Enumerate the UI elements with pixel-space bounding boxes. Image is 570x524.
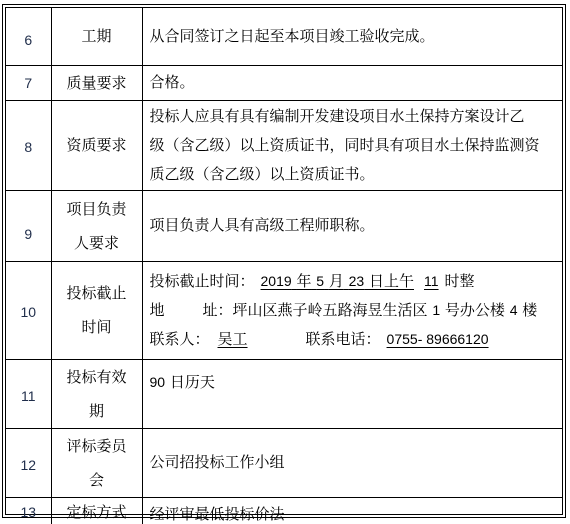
row-label: 投标有效期 bbox=[51, 359, 142, 428]
deadline-label: 投标截止时间： bbox=[150, 272, 255, 290]
row-label: 工期 bbox=[51, 8, 142, 65]
row-number: 6 bbox=[6, 8, 51, 65]
row-label-text: 工期 bbox=[61, 19, 133, 53]
table-row: 13 定标方式 经评审最低投标价法 bbox=[6, 497, 562, 524]
address-value-c: 楼 bbox=[522, 301, 537, 319]
tender-info-table: 6 工期 从合同签订之日起至本项目竣工验收完成。 7 质量要求 合格。 8 资质… bbox=[6, 8, 562, 524]
address-line: 地址：坪山区燕子岭五路海昱生活区 1 号办公楼 4 楼 bbox=[150, 296, 559, 325]
address-floor-num: 4 bbox=[510, 302, 518, 318]
row-label: 评标委员会 bbox=[51, 428, 142, 497]
deadline-month: 5 bbox=[316, 273, 324, 289]
row-number: 10 bbox=[6, 261, 51, 359]
contact-phone-value: 0755- 89666120 bbox=[381, 330, 495, 348]
validity-days: 90 bbox=[150, 374, 166, 390]
deadline-suffix: 时整 bbox=[445, 272, 475, 290]
row-label-text: 资质要求 bbox=[61, 128, 133, 162]
table-outer-border: 6 工期 从合同签订之日起至本项目竣工验收完成。 7 质量要求 合格。 8 资质… bbox=[2, 4, 566, 518]
table-row: 7 质量要求 合格。 bbox=[6, 65, 562, 100]
row-content: 经评审最低投标价法 bbox=[142, 497, 562, 524]
row-label-text: 质量要求 bbox=[61, 66, 133, 100]
validity-unit: 日历天 bbox=[170, 373, 215, 391]
address-label-a: 地 bbox=[150, 301, 165, 319]
contact-person-label: 联系人： bbox=[150, 330, 210, 348]
address-label-b: 址： bbox=[203, 301, 233, 319]
row-content: 90 日历天 bbox=[142, 359, 562, 428]
row-number: 11 bbox=[6, 359, 51, 428]
row-label: 资质要求 bbox=[51, 100, 142, 190]
deadline-year: 2019 bbox=[261, 273, 292, 289]
table-inner-border: 6 工期 从合同签订之日起至本项目竣工验收完成。 7 质量要求 合格。 8 资质… bbox=[5, 7, 563, 515]
row-number: 9 bbox=[6, 190, 51, 261]
row-content: 从合同签订之日起至本项目竣工验收完成。 bbox=[142, 8, 562, 65]
row-content: 合格。 bbox=[142, 65, 562, 100]
row-number: 8 bbox=[6, 100, 51, 190]
row-label-text: 项目负责人要求 bbox=[61, 192, 133, 260]
deadline-day-unit: 日上午 bbox=[369, 272, 414, 290]
content-line: 级（含乙级）以上资质证书，同时具有项目水土保持监测资 bbox=[150, 131, 559, 160]
row-label-text: 定标方式 bbox=[61, 499, 133, 524]
table-row: 12 评标委员会 公司招投标工作小组 bbox=[6, 428, 562, 497]
contact-phone: 0755- 89666120 bbox=[387, 331, 489, 347]
row-label-text: 投标有效期 bbox=[61, 360, 133, 428]
row-content: 投标人应具有具有编制开发建设项目水土保持方案设计乙 级（含乙级）以上资质证书，同… bbox=[142, 100, 562, 190]
table-row: 8 资质要求 投标人应具有具有编制开发建设项目水土保持方案设计乙 级（含乙级）以… bbox=[6, 100, 562, 190]
deadline-year-unit: 年 bbox=[296, 272, 311, 290]
deadline-month-unit: 月 bbox=[329, 272, 344, 290]
content-line: 质乙级（含乙级）以上资质证书。 bbox=[150, 160, 559, 189]
contact-phone-label: 联系电话： bbox=[306, 330, 381, 348]
row-content: 公司招投标工作小组 bbox=[142, 428, 562, 497]
content-line: 投标人应具有具有编制开发建设项目水土保持方案设计乙 bbox=[150, 102, 559, 131]
deadline-hour: 11 bbox=[424, 273, 439, 289]
address-value-a: 坪山区燕子岭五路海昱生活区 bbox=[233, 301, 428, 319]
address-building-num: 1 bbox=[432, 302, 440, 318]
address-value-b: 号办公楼 bbox=[445, 301, 505, 319]
contact-line: 联系人：吴工联系电话：0755- 89666120 bbox=[150, 325, 559, 354]
row-content: 项目负责人具有高级工程师职称。 bbox=[142, 190, 562, 261]
row-label-text: 评标委员会 bbox=[61, 429, 133, 497]
row-label-text: 投标截止时间 bbox=[61, 276, 133, 344]
row-number: 12 bbox=[6, 428, 51, 497]
contact-person-value: 吴工 bbox=[210, 330, 306, 348]
row-label: 项目负责人要求 bbox=[51, 190, 142, 261]
contact-person: 吴工 bbox=[218, 330, 248, 348]
row-label: 质量要求 bbox=[51, 65, 142, 100]
row-number: 7 bbox=[6, 65, 51, 100]
table-row: 6 工期 从合同签订之日起至本项目竣工验收完成。 bbox=[6, 8, 562, 65]
deadline-line: 投标截止时间：2019 年 5 月 23 日上午11时整 bbox=[150, 267, 559, 296]
row-label: 定标方式 bbox=[51, 497, 142, 524]
deadline-value: 2019 年 5 月 23 日上午11 bbox=[255, 272, 445, 290]
deadline-day: 23 bbox=[349, 273, 365, 289]
row-label: 投标截止时间 bbox=[51, 261, 142, 359]
row-content: 投标截止时间：2019 年 5 月 23 日上午11时整 地址：坪山区燕子岭五路… bbox=[142, 261, 562, 359]
row-number: 13 bbox=[6, 497, 51, 524]
table-row: 11 投标有效期 90 日历天 bbox=[6, 359, 562, 428]
table-row: 10 投标截止时间 投标截止时间：2019 年 5 月 23 日上午11时整 地… bbox=[6, 261, 562, 359]
table-row: 9 项目负责人要求 项目负责人具有高级工程师职称。 bbox=[6, 190, 562, 261]
